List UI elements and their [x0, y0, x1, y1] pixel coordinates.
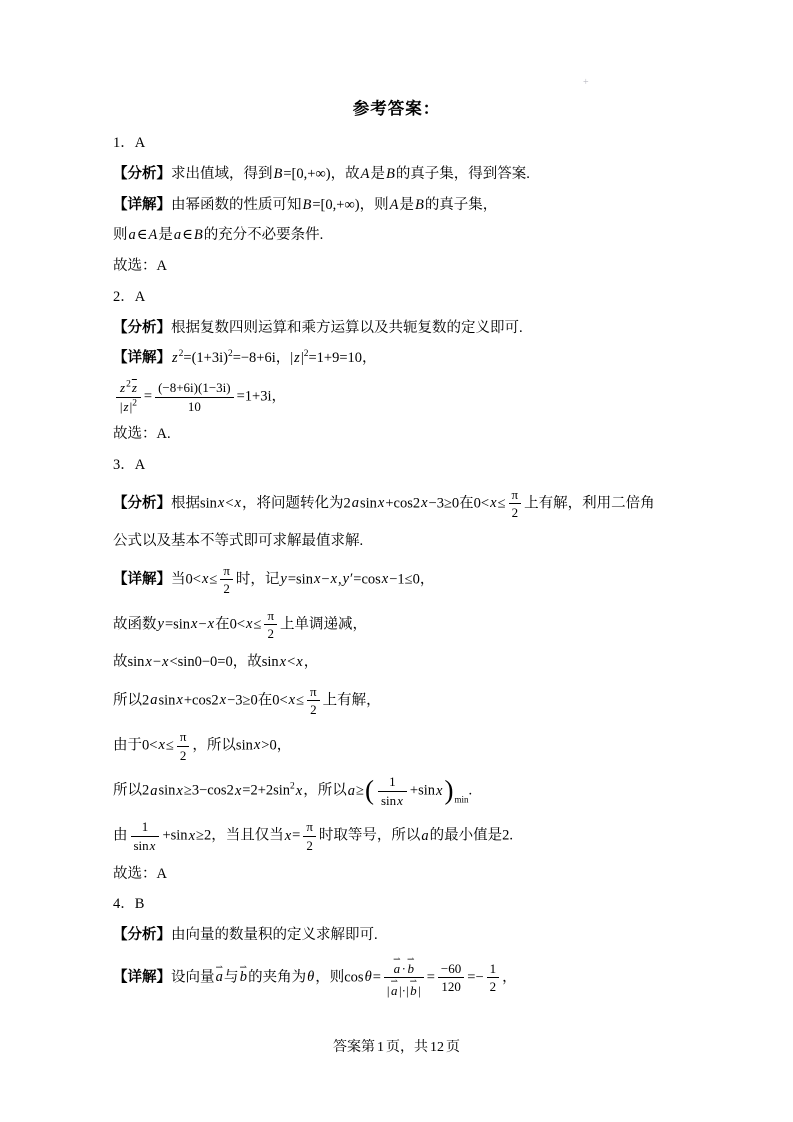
answer-line: 故函数y=sinx−x在0<x≤π2上单调递减， — [113, 607, 688, 643]
page-title: 参考答案： — [0, 0, 793, 119]
text-run: −3≥0在0< — [429, 495, 490, 511]
text-run: >0， — [261, 737, 291, 753]
math-variable: x — [219, 692, 227, 708]
denominator: 120 — [438, 978, 464, 995]
answer-line: 【详解】z2=(1+3i)2=−8+6i，|z|2=1+9=10， — [113, 348, 688, 370]
text-run: 故选：A — [113, 866, 167, 882]
text-run: 由 — [113, 828, 128, 844]
text-run: =sin — [288, 571, 313, 587]
denominator: 2 — [307, 701, 320, 718]
math-variable: x — [279, 654, 287, 670]
text-run: 2 — [310, 702, 317, 717]
vector-letter: b — [407, 962, 415, 976]
section-label: 【详解】 — [113, 197, 171, 213]
text-run: 2 — [512, 505, 519, 520]
math-fraction: −60120 — [438, 961, 464, 995]
section-label: 【分析】 — [113, 495, 171, 511]
text-run: 的真子集，得到答案. — [396, 166, 530, 182]
footer-label-mid: 页，共 — [385, 1040, 429, 1055]
text-run: 则 — [113, 227, 128, 243]
vector-math: ⇀b — [407, 957, 415, 976]
answer-line: 公式以及基本不等式即可求解最值求解. — [113, 531, 688, 553]
text-run: 10 — [188, 399, 201, 414]
math-fraction: π2 — [177, 729, 190, 763]
text-run: +sin — [410, 783, 435, 799]
answer-line: 故sinx−x<sin0−0=0，故sinx<x， — [113, 652, 688, 674]
text-run: 是 — [399, 197, 414, 213]
text-run: | — [387, 983, 390, 998]
text-run: 由向量的数量积的定义求解即可. — [171, 927, 378, 943]
math-variable: y′ — [342, 571, 354, 587]
text-run: (−8+6i)(1−3i) — [158, 380, 231, 395]
text-run: =sin — [165, 616, 190, 632]
text-run: = — [144, 388, 152, 404]
math-fraction: π2 — [220, 563, 233, 597]
text-run: 在0< — [215, 616, 245, 632]
section-label: 【详解】 — [113, 969, 171, 985]
text-run: −3≥0在0< — [227, 692, 288, 708]
numerator: 1 — [131, 819, 160, 837]
text-run: ≥ — [356, 783, 364, 799]
math-variable: x — [144, 654, 152, 670]
text-run: =1+9=10， — [308, 350, 376, 366]
math-variable: B — [193, 227, 204, 243]
text-run: 时，记 — [236, 571, 280, 587]
math-fraction: π2 — [303, 819, 316, 853]
text-run: ≤ — [166, 737, 174, 753]
answer-line: 【详解】由幂函数的性质可知B=[0,+∞)，则A是B的真子集， — [113, 195, 688, 217]
text-run: ，则cos — [315, 969, 363, 985]
answers-container: 1．A【分析】求出值域，得到B=[0,+∞)，故A是B的真子集，得到答案.【详解… — [113, 133, 688, 1000]
footer-label-prefix: 答案第 — [332, 1040, 376, 1055]
denominator: 2 — [509, 504, 522, 521]
answer-line: 3．A — [113, 455, 688, 477]
section-label: 【详解】 — [113, 571, 171, 587]
vector-letter: b — [410, 984, 418, 998]
math-fraction: 1sinx — [131, 819, 160, 853]
answer-line: z2z|z|2=(−8+6i)(1−3i)10=1+3i， — [113, 379, 688, 415]
math-variable: B — [414, 197, 425, 213]
numerator: ⇀a·⇀b — [384, 957, 424, 979]
math-variable: B — [385, 166, 396, 182]
math-variable: x — [489, 495, 497, 511]
text-run: ≥3−cos2 — [184, 783, 234, 799]
answer-line: 由于0<x≤π2，所以sinx>0， — [113, 728, 688, 764]
text-run: ，将问题转化为2 — [242, 495, 351, 511]
math-variable: x — [175, 692, 183, 708]
text-run: 2 — [490, 979, 497, 994]
math-variable: z — [123, 399, 130, 414]
answer-section: 4．B【分析】由向量的数量积的定义求解即可.【详解】设向量⇀a与⇀b的夹角为θ，… — [113, 894, 688, 1000]
text-run: = — [292, 828, 300, 844]
vector-math: ⇀a — [216, 965, 224, 985]
math-variable: z — [171, 350, 179, 366]
vector-letter: b — [240, 970, 248, 985]
text-run: =[0,+∞)，故 — [283, 166, 359, 182]
text-run: 120 — [441, 979, 461, 994]
text-run: =[0,+∞)，则 — [312, 197, 388, 213]
text-run: 2 — [267, 626, 274, 641]
answer-line: 【分析】根据复数四则运算和乘方运算以及共轭复数的定义即可. — [113, 318, 688, 340]
text-run: π — [180, 729, 187, 744]
text-run: | — [418, 983, 421, 998]
text-run: 2 — [180, 748, 187, 763]
text-run: ≤ — [296, 692, 304, 708]
footer-total-pages: 12 — [429, 1040, 445, 1055]
text-run: sin — [159, 783, 176, 799]
text-run: 设向量 — [171, 969, 215, 985]
numerator: π — [509, 487, 522, 505]
math-variable: a — [351, 495, 360, 511]
answer-line: 【详解】设向量⇀a与⇀b的夹角为θ，则cosθ=⇀a·⇀b|⇀a|·|⇀b|=−… — [113, 956, 688, 1000]
math-variable: a — [149, 783, 158, 799]
math-variable: a — [149, 692, 158, 708]
answer-section: 1．A【分析】求出值域，得到B=[0,+∞)，故A是B的真子集，得到答案.【详解… — [113, 133, 688, 278]
answer-section: 3．A【分析】根据sinx<x，将问题转化为2asinx+cos2x−3≥0在0… — [113, 455, 688, 885]
denominator: |z|2 — [116, 398, 141, 415]
vector-math: ⇀b — [410, 979, 418, 998]
text-run: +cos2 — [385, 495, 420, 511]
math-variable: x — [396, 793, 404, 808]
answer-line: 所以2asinx≥3−cos2x=2+2sin2x，所以a≥(1sinx+sin… — [113, 773, 688, 809]
denominator: 2 — [487, 978, 500, 995]
text-run: <sin0−0=0，故sin — [169, 654, 278, 670]
numerator: z2z — [116, 380, 141, 398]
footer-page-number: 1 — [376, 1040, 385, 1055]
text-run: =2+2sin — [242, 783, 290, 799]
vector-letter: a — [393, 962, 401, 976]
math-variable: B — [273, 166, 284, 182]
text-run: 故选：A — [113, 258, 167, 274]
section-label: 【详解】 — [113, 350, 171, 366]
text-run: =−8+6i，| — [233, 350, 293, 366]
text-run: |·| — [399, 983, 409, 998]
math-variable: x — [175, 783, 183, 799]
text-run: 所以2 — [113, 783, 149, 799]
text-run: +sin — [162, 828, 187, 844]
answer-line: 由1sinx+sinx≥2，当且仅当x=π2时取等号，所以a的最小值是2. — [113, 818, 688, 854]
denominator: 2 — [177, 747, 190, 764]
denominator: |⇀a|·|⇀b| — [384, 978, 424, 999]
superscript: 2 — [132, 398, 137, 408]
text-run: ， — [304, 654, 319, 670]
math-variable: A — [147, 227, 158, 243]
text-run: ，所以 — [303, 783, 347, 799]
text-run: 时取等号，所以 — [319, 828, 421, 844]
text-run: 上有解， — [323, 692, 381, 708]
text-run: ≥2，当且仅当 — [196, 828, 284, 844]
numerator: 1 — [378, 774, 407, 792]
math-variable: x — [288, 692, 296, 708]
math-variable: A — [360, 166, 371, 182]
text-run: 根据复数四则运算和乘方运算以及共轭复数的定义即可. — [171, 320, 523, 336]
answer-sheet-page: + 参考答案： 1．A【分析】求出值域，得到B=[0,+∞)，故A是B的真子集，… — [0, 0, 793, 1122]
math-variable: y — [157, 616, 165, 632]
text-run: 所以2 — [113, 692, 149, 708]
text-run: =cos — [353, 571, 381, 587]
text-run: 与 — [224, 969, 239, 985]
right-paren: ) — [443, 775, 454, 805]
text-run: −1≤0， — [389, 571, 434, 587]
text-run: ≤ — [253, 616, 261, 632]
text-run: ∈ — [182, 227, 193, 243]
text-run: 由幂函数的性质可知 — [171, 197, 302, 213]
answer-section: 2．A【分析】根据复数四则运算和乘方运算以及共轭复数的定义即可.【详解】z2=(… — [113, 287, 688, 446]
numerator: −60 — [438, 961, 464, 979]
text-run: π — [512, 487, 519, 502]
answer-line: 【详解】当0<x≤π2时，记y=sinx−x,y′=cosx−1≤0， — [113, 562, 688, 598]
math-variable: A — [389, 197, 400, 213]
numerator: π — [307, 684, 320, 702]
text-run: 故选：A. — [113, 426, 171, 442]
text-run: 是 — [158, 227, 173, 243]
math-variable: x — [188, 828, 196, 844]
text-run: 的真子集， — [425, 197, 498, 213]
text-run: −60 — [441, 961, 461, 976]
page-footer: 答案第1页，共12页 — [0, 1036, 793, 1056]
text-run: 2 — [306, 838, 313, 853]
text-run: =(1+3i) — [183, 350, 228, 366]
footer-label-suffix: 页 — [445, 1040, 461, 1055]
vector-letter: a — [216, 970, 224, 985]
text-run: = — [373, 969, 381, 985]
math-variable: x — [284, 828, 292, 844]
text-run: =1+3i， — [237, 388, 286, 404]
answer-line: 【分析】根据sinx<x，将问题转化为2asinx+cos2x−3≥0在0<x≤… — [113, 486, 688, 522]
text-run: 3．A — [113, 457, 145, 473]
text-run: · — [402, 961, 406, 976]
math-fraction: ⇀a·⇀b|⇀a|·|⇀b| — [384, 957, 424, 999]
numerator: (−8+6i)(1−3i) — [155, 380, 234, 398]
text-run: ∈ — [137, 227, 148, 243]
math-variable: x — [330, 571, 338, 587]
text-run: . — [468, 783, 472, 799]
text-run: 是 — [370, 166, 385, 182]
text-run: 2 — [223, 581, 230, 596]
numerator: π — [220, 563, 233, 581]
answer-line: 则a∈A是a∈B的充分不必要条件. — [113, 225, 688, 247]
numerator: π — [303, 819, 316, 837]
text-run: 由于0< — [113, 737, 157, 753]
answer-line: 故选：A — [113, 864, 688, 886]
denominator: 2 — [264, 625, 277, 642]
vector-math: ⇀a — [393, 957, 401, 976]
text-run: π — [310, 684, 317, 699]
math-variable: y — [279, 571, 287, 587]
math-fraction: π2 — [307, 684, 320, 718]
text-run: − — [321, 571, 329, 587]
denominator: sinx — [131, 837, 160, 854]
text-run: 根据sin — [171, 495, 217, 511]
numerator: π — [264, 608, 277, 626]
math-variable: x — [295, 783, 303, 799]
text-run: 1 — [142, 819, 149, 834]
math-fraction: π2 — [264, 608, 277, 642]
math-variable: x — [149, 838, 157, 853]
math-variable: x — [234, 783, 242, 799]
text-run: ， — [502, 969, 517, 985]
vector-math: ⇀a — [390, 979, 398, 998]
text-run: +cos2 — [184, 692, 219, 708]
math-variable: x — [381, 571, 389, 587]
math-variable: x — [420, 495, 428, 511]
text-run: sin — [134, 838, 149, 853]
text-run: 上有解，利用二倍角 — [524, 495, 655, 511]
text-run: 1 — [389, 774, 396, 789]
text-run: ≤ — [498, 495, 506, 511]
text-run: 求出值域，得到 — [171, 166, 273, 182]
math-variable: x — [207, 616, 215, 632]
text-run: 当0< — [171, 571, 201, 587]
answer-line: 2．A — [113, 287, 688, 309]
text-run: sin — [381, 793, 396, 808]
vector-letter: a — [390, 984, 398, 998]
text-run: 1 — [490, 961, 497, 976]
text-run: 4．B — [113, 896, 144, 912]
denominator: 10 — [155, 398, 234, 415]
text-run: 上单调递减， — [280, 616, 367, 632]
answer-line: 【分析】求出值域，得到B=[0,+∞)，故A是B的真子集，得到答案. — [113, 164, 688, 186]
answer-line: 4．B — [113, 894, 688, 916]
text-run: < — [225, 495, 233, 511]
text-run: 的充分不必要条件. — [204, 227, 324, 243]
text-run: π — [306, 819, 313, 834]
math-fraction: z2z|z|2 — [116, 380, 141, 414]
text-run: − — [198, 616, 206, 632]
math-variable: B — [302, 197, 313, 213]
text-run: = — [427, 969, 435, 985]
text-run: 1．A — [113, 135, 145, 151]
text-run: 2．A — [113, 289, 145, 305]
math-variable: a — [420, 828, 429, 844]
denominator: 2 — [303, 837, 316, 854]
section-label: 【分析】 — [113, 166, 171, 182]
math-fraction: 12 — [487, 961, 500, 995]
text-run: 的最小值是2. — [430, 828, 513, 844]
math-variable: θ — [306, 969, 315, 985]
denominator: sinx — [378, 792, 407, 809]
answer-line: 故选：A — [113, 256, 688, 278]
numerator: 1 — [487, 961, 500, 979]
numerator: π — [177, 729, 190, 747]
answer-line: 1．A — [113, 133, 688, 155]
math-variable: x — [157, 737, 165, 753]
denominator: 2 — [220, 580, 233, 597]
math-variable: θ — [364, 969, 373, 985]
math-variable: x — [295, 654, 303, 670]
answer-line: 故选：A. — [113, 424, 688, 446]
text-run: sin — [159, 692, 176, 708]
math-variable: z — [293, 350, 301, 366]
math-fraction: π2 — [509, 487, 522, 521]
text-run: π — [223, 563, 230, 578]
vector-math: ⇀b — [240, 965, 248, 985]
answer-line: 【分析】由向量的数量积的定义求解即可. — [113, 925, 688, 947]
math-variable: a — [347, 783, 356, 799]
text-run: 的夹角为 — [248, 969, 306, 985]
text-run: 公式以及基本不等式即可求解最值求解. — [113, 533, 363, 549]
stray-mark: + — [583, 77, 589, 88]
text-run: ，所以sin — [192, 737, 252, 753]
math-variable: x — [234, 495, 242, 511]
left-paren: ( — [364, 775, 375, 805]
text-run: − — [153, 654, 161, 670]
conjugate-overline: z — [131, 380, 138, 395]
subscript: min — [454, 795, 468, 805]
text-run: ≤ — [209, 571, 217, 587]
section-label: 【分析】 — [113, 927, 171, 943]
text-run: π — [267, 608, 274, 623]
text-run: =− — [467, 969, 483, 985]
math-fraction: 1sinx — [378, 774, 407, 808]
section-label: 【分析】 — [113, 320, 171, 336]
answer-line: 所以2asinx+cos2x−3≥0在0<x≤π2上有解， — [113, 683, 688, 719]
text-run: 故sin — [113, 654, 144, 670]
math-variable: z — [119, 380, 126, 395]
math-fraction: (−8+6i)(1−3i)10 — [155, 380, 234, 414]
text-run: 故函数 — [113, 616, 157, 632]
math-variable: a — [173, 227, 182, 243]
math-variable: a — [128, 227, 137, 243]
text-run: sin — [360, 495, 377, 511]
